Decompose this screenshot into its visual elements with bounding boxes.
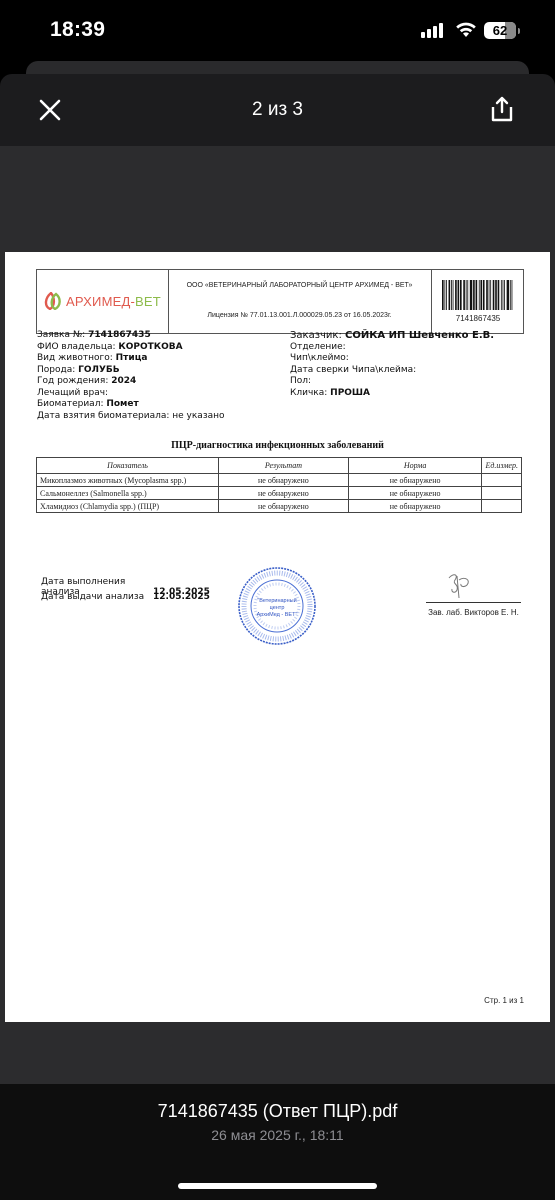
barcode-cell: 7141867435	[431, 270, 524, 333]
signature	[443, 570, 481, 604]
info-value: 2024	[111, 376, 136, 386]
archimed-logo: АРХИМЕД-ВЕТ	[43, 292, 161, 310]
info-row: Отделение:	[290, 342, 494, 354]
logo-cell: АРХИМЕД-ВЕТ	[37, 270, 169, 333]
info-label: Отделение:	[290, 342, 346, 352]
logo-leaf-icon	[43, 292, 63, 310]
info-label: Чип\клеймо:	[290, 353, 349, 363]
wifi-icon	[455, 21, 477, 38]
table-cell	[482, 500, 522, 513]
logo-text-red: АРХИМЕД-	[66, 294, 135, 309]
info-row: Дата сверки Чипа\клейма:	[290, 365, 494, 377]
table-title: ПЦР-диагностика инфекционных заболеваний	[5, 440, 550, 451]
info-row: ФИО владельца: КОРОТКОВА	[37, 342, 225, 354]
file-date: 26 мая 2025 г., 18:11	[0, 1127, 555, 1143]
table-row: Микоплазмоз животных (Mycoplasma spp.)не…	[37, 474, 522, 487]
page-number: Стр. 1 из 1	[484, 996, 524, 1005]
document-header: АРХИМЕД-ВЕТ ООО «ВЕТЕРИНАРНЫЙ ЛАБОРАТОРН…	[36, 269, 524, 334]
info-value: Помет	[106, 399, 138, 409]
table-cell: не обнаружено	[219, 474, 349, 487]
table-cell	[482, 487, 522, 500]
info-row: Вид животного: Птица	[37, 353, 225, 365]
info-label: Порода:	[37, 365, 78, 375]
battery-level: 62	[484, 22, 516, 39]
info-row: Заказчик: СОЙКА ИП Шевченко Е.В.	[290, 330, 494, 342]
battery-icon: 62	[484, 22, 516, 39]
logo-text-green: ВЕТ	[135, 294, 161, 309]
info-row: Порода: ГОЛУБЬ	[37, 365, 225, 377]
info-row: Заявка №: 7141867435	[37, 330, 225, 342]
table-row: Сальмонеллез (Salmonella spp.)не обнаруж…	[37, 487, 522, 500]
info-label: Год рождения:	[37, 376, 111, 386]
analysis-dates: Дата выполнения анализа12.05.2025Дата вы…	[41, 577, 210, 607]
info-value: ПРОША	[330, 388, 370, 398]
info-row: Год рождения: 2024	[37, 376, 225, 388]
table-row: Хламидиоз (Chlamydia spp.) (ПЦР)не обнар…	[37, 500, 522, 513]
viewer-navbar: 2 из 3	[0, 74, 555, 146]
info-label: Кличка:	[290, 388, 330, 398]
share-icon[interactable]	[489, 95, 515, 123]
home-indicator[interactable]	[178, 1183, 377, 1189]
battery-tip	[518, 28, 520, 34]
info-value: СОЙКА ИП Шевченко Е.В.	[345, 330, 494, 341]
column-header: Показатель	[37, 458, 219, 474]
column-header: Результат	[219, 458, 349, 474]
stamp-text: "Ветеринарный	[257, 597, 296, 604]
date-value: 12.05.2025	[153, 592, 210, 602]
license-text: Лицензия № 77.01.13.001.Л.000029.05.23 о…	[168, 312, 431, 319]
info-row: Чип\клеймо:	[290, 353, 494, 365]
info-label: Лечащий врач:	[37, 388, 108, 398]
status-bar: 18:39 62	[0, 0, 555, 62]
table-cell	[482, 474, 522, 487]
table-cell: не обнаружено	[348, 500, 482, 513]
column-header: Ед.измер.	[482, 458, 522, 474]
info-label: Заказчик:	[290, 330, 345, 341]
info-label: Пол:	[290, 376, 311, 386]
info-label: Дата сверки Чипа\клейма:	[290, 365, 416, 375]
patient-info: Заявка №: 7141867435ФИО владельца: КОРОТ…	[37, 330, 225, 422]
signature-line	[426, 602, 521, 603]
signer-name: Зав. лаб. Викторов Е. Н.	[426, 608, 521, 617]
info-row: Пол:	[290, 376, 494, 388]
info-row: Биоматериал: Помет	[37, 399, 225, 411]
info-label: Биоматериал:	[37, 399, 106, 409]
page-counter: 2 из 3	[0, 99, 555, 121]
cellular-signal-icon	[421, 23, 445, 38]
results-table: ПоказательРезультатНормаЕд.измер. Микопл…	[36, 457, 522, 513]
info-label: ФИО владельца:	[37, 342, 118, 352]
lab-stamp: "Ветеринарный центр АрхиМед - ВЕТ"	[237, 566, 317, 646]
client-info: Заказчик: СОЙКА ИП Шевченко Е.В.Отделени…	[290, 330, 494, 399]
barcode-number: 7141867435	[432, 314, 524, 323]
table-cell: не обнаружено	[348, 474, 482, 487]
organization-name: ООО «ВЕТЕРИНАРНЫЙ ЛАБОРАТОРНЫЙ ЦЕНТР АРХ…	[168, 282, 431, 289]
info-label: Вид животного:	[37, 353, 116, 363]
info-value: КОРОТКОВА	[118, 342, 182, 352]
info-row: Дата взятия биоматериала: не указано	[37, 411, 225, 423]
table-cell: Сальмонеллез (Salmonella spp.)	[37, 487, 219, 500]
date-row: Дата выдачи анализа12.05.2025	[41, 592, 210, 607]
pdf-page: АРХИМЕД-ВЕТ ООО «ВЕТЕРИНАРНЫЙ ЛАБОРАТОРН…	[5, 252, 550, 1022]
info-value: Птица	[116, 353, 148, 363]
barcode-icon	[442, 280, 514, 310]
date-row: Дата выполнения анализа12.05.2025	[41, 577, 210, 592]
table-cell: Хламидиоз (Chlamydia spp.) (ПЦР)	[37, 500, 219, 513]
date-label: Дата выдачи анализа	[41, 592, 153, 602]
pdf-viewer[interactable]: АРХИМЕД-ВЕТ ООО «ВЕТЕРИНАРНЫЙ ЛАБОРАТОРН…	[0, 146, 555, 1084]
status-time: 18:39	[50, 18, 105, 42]
table-cell: не обнаружено	[219, 500, 349, 513]
info-label: Дата взятия биоматериала: не указано	[37, 411, 225, 421]
info-value: ГОЛУБЬ	[78, 365, 120, 375]
table-cell: не обнаружено	[348, 487, 482, 500]
file-info-footer: 7141867435 (Ответ ПЦР).pdf 26 мая 2025 г…	[0, 1084, 555, 1200]
table-cell: не обнаружено	[219, 487, 349, 500]
info-label: Заявка №:	[37, 330, 88, 340]
info-row: Лечащий врач:	[37, 388, 225, 400]
stamp-text: АрхиМед - ВЕТ"	[257, 612, 298, 618]
table-cell: Микоплазмоз животных (Mycoplasma spp.)	[37, 474, 219, 487]
file-name: 7141867435 (Ответ ПЦР).pdf	[0, 1101, 555, 1122]
info-value: 7141867435	[88, 330, 151, 340]
column-header: Норма	[348, 458, 482, 474]
stamp-text: центр	[270, 605, 285, 611]
info-row: Кличка: ПРОША	[290, 388, 494, 400]
